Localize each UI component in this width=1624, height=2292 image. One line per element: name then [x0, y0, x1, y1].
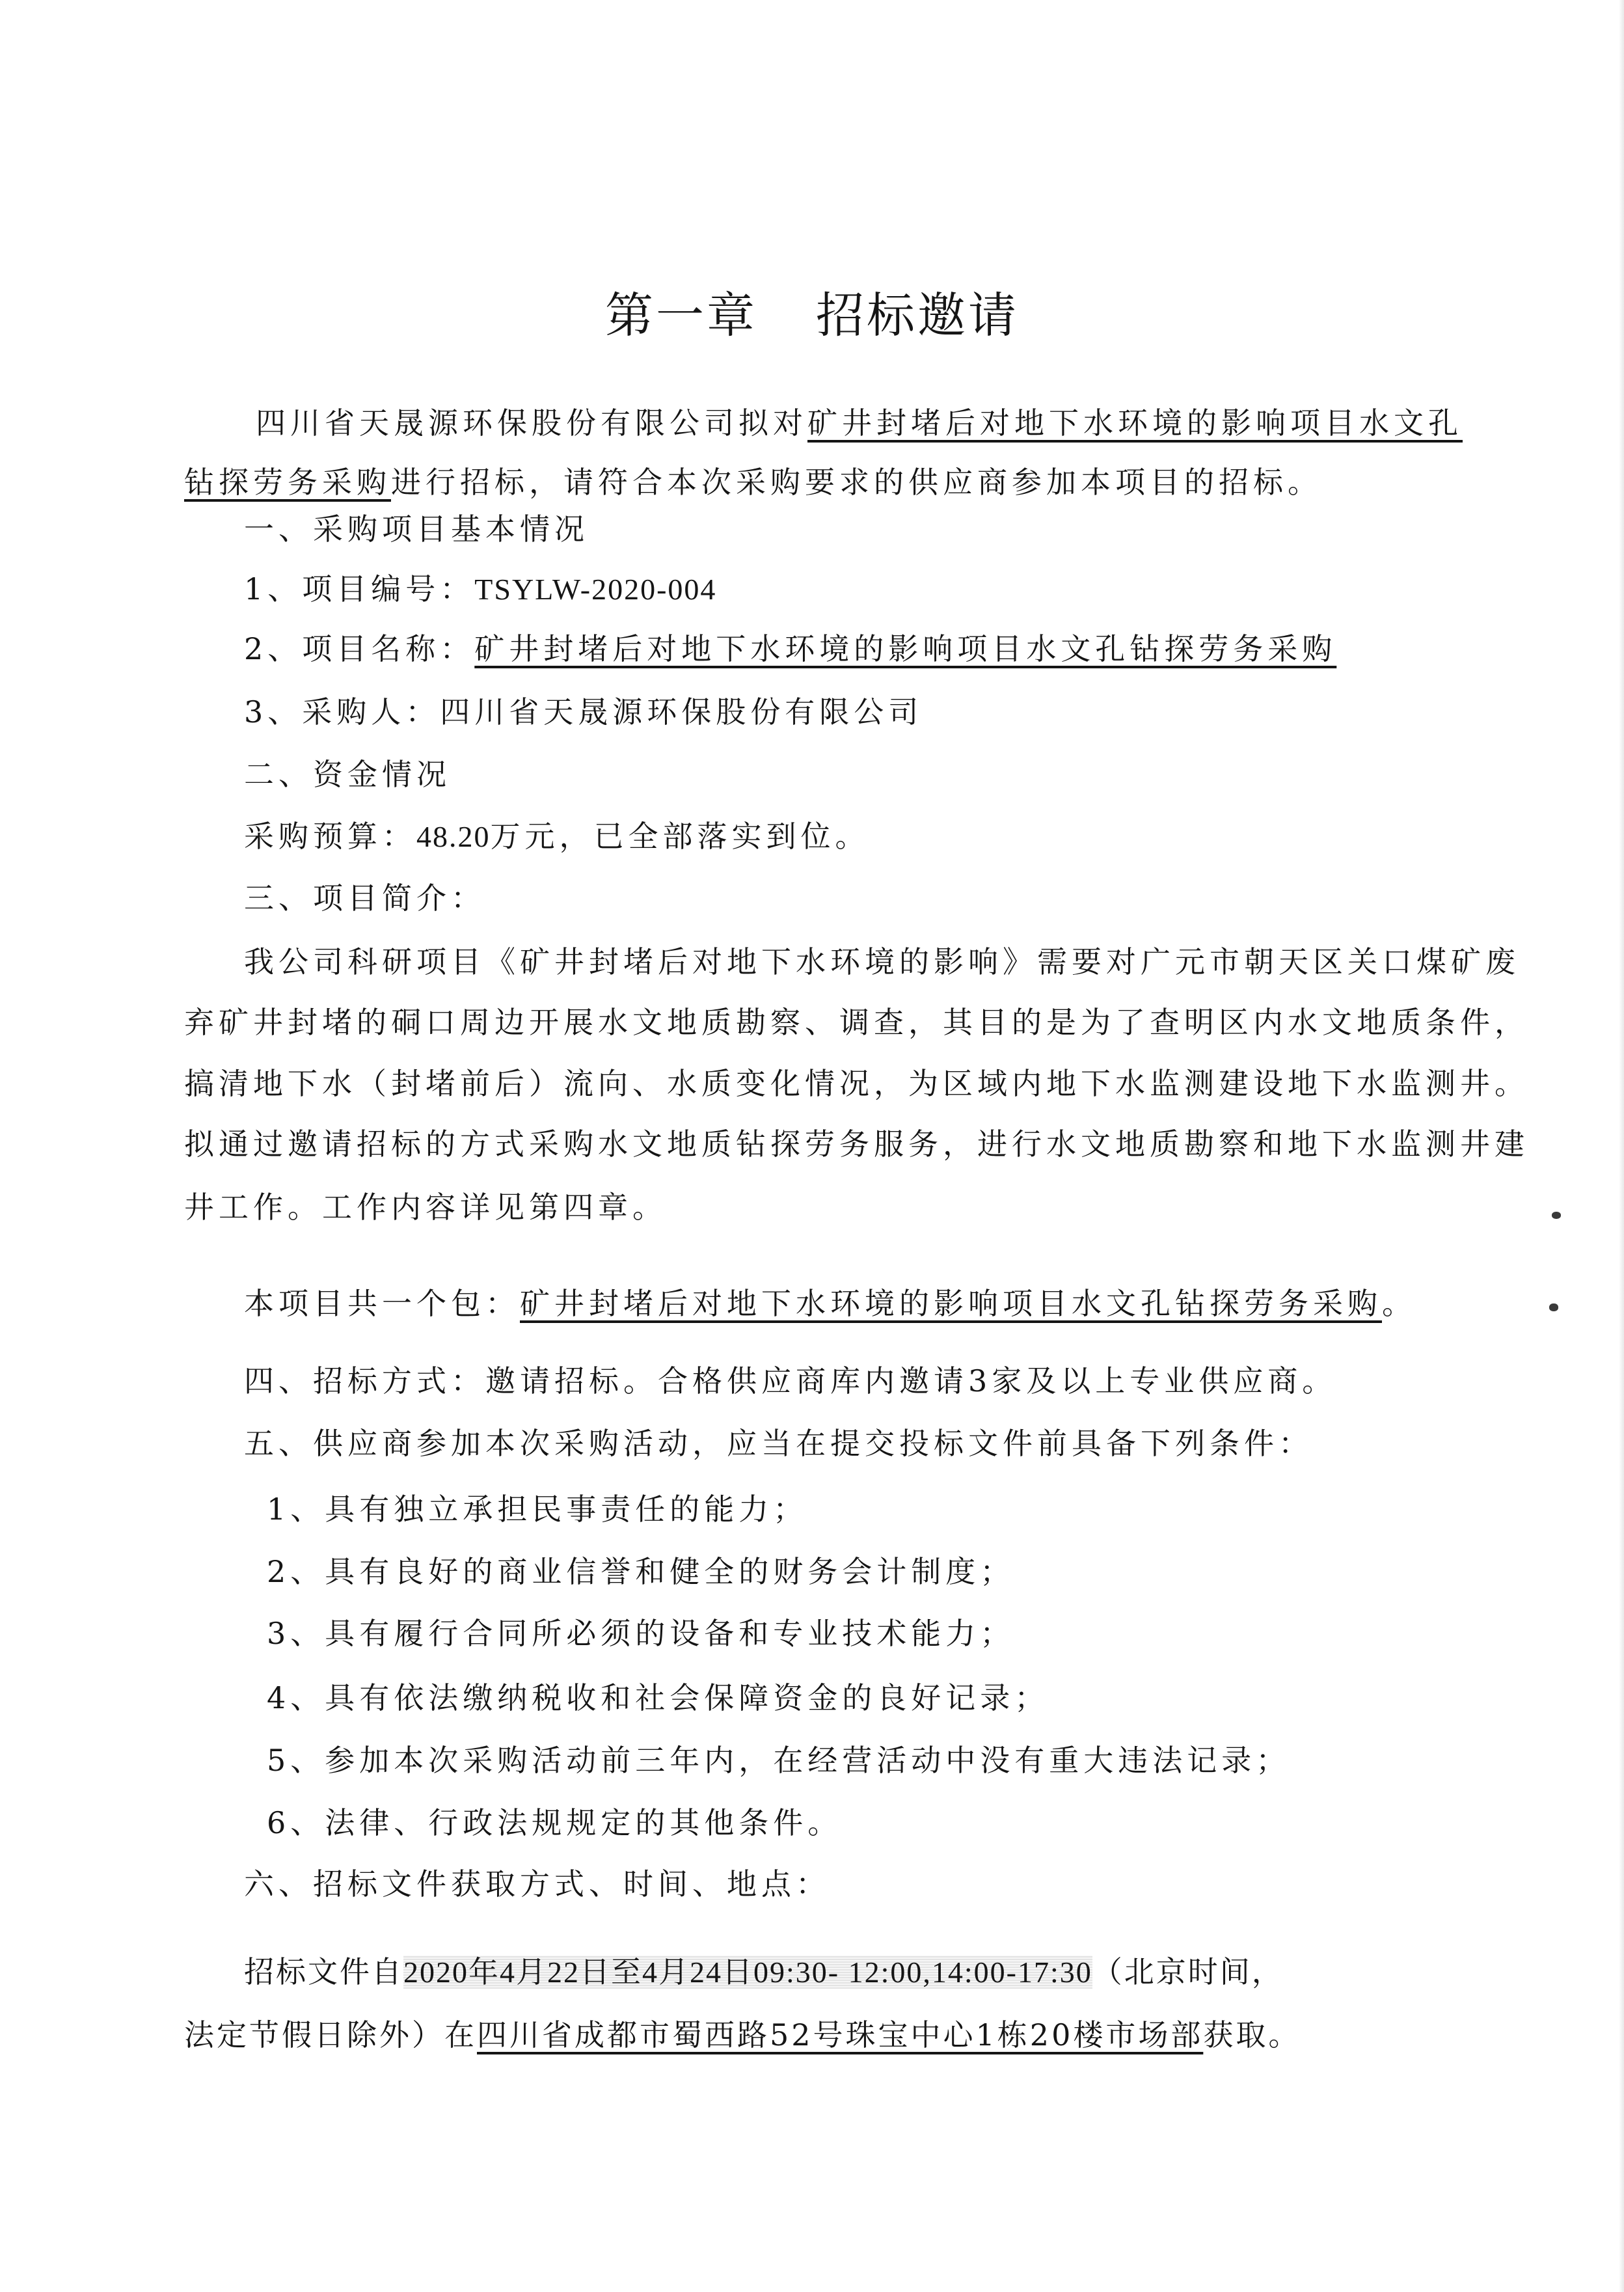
- acquisition-address: 四川省成都市蜀西路52号珠宝中心1栋20楼市场部: [477, 2017, 1203, 2053]
- condition-3: 3、具有履行合同所必须的设备和专业技术能力；: [267, 1611, 1014, 1656]
- condition-1: 1、具有独立承担民事责任的能力；: [267, 1486, 807, 1532]
- purchaser-label: 3、采购人：: [244, 694, 440, 730]
- section6-heading: 六、招标文件获取方式、时间、地点：: [244, 1861, 830, 1907]
- section1-heading: 一、采购项目基本情况: [244, 506, 589, 552]
- summary-line-3: 搞清地下水（封堵前后）流向、水质变化情况，为区域内地下水监测建设地下水监测井。: [184, 1061, 1529, 1106]
- acquisition-time-row: 招标文件自2020年4月22日至4月24日09:30- 12:00,14:00-…: [244, 1949, 1284, 1995]
- intro-text-post: 进行招标，请符合本次采购要求的供应商参加本项目的招标。: [391, 465, 1322, 500]
- summary-line-1: 我公司科研项目《矿井封堵后对地下水环境的影响》需要对广元市朝天区关口煤矿废: [244, 939, 1520, 985]
- budget-label: 采购预算：: [244, 819, 416, 854]
- project-number-label: 1、项目编号：: [244, 571, 474, 607]
- tender-method: 四、招标方式：邀请招标。合格供应商库内邀请3家及以上专业供应商。: [244, 1358, 1336, 1404]
- acquisition-time-post: （北京时间，: [1092, 1954, 1284, 1989]
- project-name-underlined-cont: 钻探劳务采购: [184, 465, 391, 500]
- project-number-value: TSYLW-2020-004: [474, 573, 716, 606]
- budget-row: 采购预算：48.20万元，已全部落实到位。: [244, 813, 870, 860]
- project-number-row: 1、项目编号：TSYLW-2020-004: [244, 566, 716, 612]
- budget-rest: 万元，已全部落实到位。: [491, 819, 870, 854]
- intro-text: 四川省天晟源环保股份有限公司拟对: [256, 405, 807, 441]
- condition-4: 4、具有依法缴纳税收和社会保障资金的良好记录；: [267, 1675, 1049, 1721]
- project-name-row: 2、项目名称：矿井封堵后对地下水环境的影响项目水文孔钻探劳务采购: [244, 626, 1336, 672]
- project-name-label: 2、项目名称：: [244, 631, 474, 666]
- acquisition-time-pre: 招标文件自: [244, 1954, 403, 1989]
- acquisition-place-row: 法定节假日除外）在四川省成都市蜀西路52号珠宝中心1栋20楼市场部获取。: [184, 2012, 1301, 2058]
- section5-heading: 五、供应商参加本次采购活动，应当在提交投标文件前具备下列条件：: [244, 1421, 1313, 1466]
- purchaser-row: 3、采购人：四川省天晟源环保股份有限公司: [244, 689, 923, 735]
- acquisition-dates: 2020年4月22日至4月24日09:30- 12:00,14:00-17:30: [403, 1956, 1092, 1989]
- scan-edge: [1619, 0, 1624, 2292]
- intro-line-2: 钻探劳务采购进行招标，请符合本次采购要求的供应商参加本项目的招标。: [184, 459, 1322, 505]
- budget-value: 48.20: [416, 820, 491, 853]
- chapter-name: 招标邀请: [816, 288, 1019, 344]
- package-label: 本项目共一个包：: [244, 1286, 520, 1321]
- package-period: 。: [1382, 1286, 1416, 1321]
- chapter-title: 第一章招标邀请: [0, 283, 1624, 348]
- scan-speck: [1552, 1212, 1561, 1219]
- summary-line-2: 弃矿井封堵的硐口周边开展水文地质勘察、调查，其目的是为了查明区内水文地质条件，: [184, 1000, 1529, 1045]
- section3-heading: 三、项目简介：: [244, 875, 485, 921]
- chapter-number: 第一章: [605, 288, 757, 344]
- scan-speck: [1549, 1303, 1558, 1311]
- acquisition-place-pre: 法定节假日除外）在: [184, 2017, 477, 2053]
- document-page: 第一章招标邀请 四川省天晟源环保股份有限公司拟对矿井封堵后对地下水环境的影响项目…: [0, 0, 1624, 2292]
- condition-2: 2、具有良好的商业信誉和健全的财务会计制度；: [267, 1549, 1014, 1594]
- condition-6: 6、法律、行政法规规定的其他条件。: [267, 1800, 842, 1846]
- condition-5: 5、参加本次采购活动前三年内，在经营活动中没有重大违法记录；: [267, 1738, 1290, 1783]
- summary-line-4: 拟通过邀请招标的方式采购水文地质钻探劳务服务，进行水文地质勘察和地下水监测井建: [184, 1121, 1529, 1167]
- purchaser-value: 四川省天晟源环保股份有限公司: [440, 694, 923, 730]
- summary-line-5: 井工作。工作内容详见第四章。: [184, 1184, 667, 1230]
- project-name-value: 矿井封堵后对地下水环境的影响项目水文孔钻探劳务采购: [474, 631, 1336, 666]
- intro-line-1: 四川省天晟源环保股份有限公司拟对矿井封堵后对地下水环境的影响项目水文孔: [256, 400, 1463, 446]
- project-name-underlined: 矿井封堵后对地下水环境的影响项目水文孔: [807, 405, 1463, 441]
- package-row: 本项目共一个包：矿井封堵后对地下水环境的影响项目水文孔钻探劳务采购。: [244, 1281, 1416, 1326]
- acquisition-place-post: 获取。: [1203, 2017, 1301, 2053]
- section2-heading: 二、资金情况: [244, 752, 451, 797]
- package-name: 矿井封堵后对地下水环境的影响项目水文孔钻探劳务采购: [520, 1286, 1382, 1321]
